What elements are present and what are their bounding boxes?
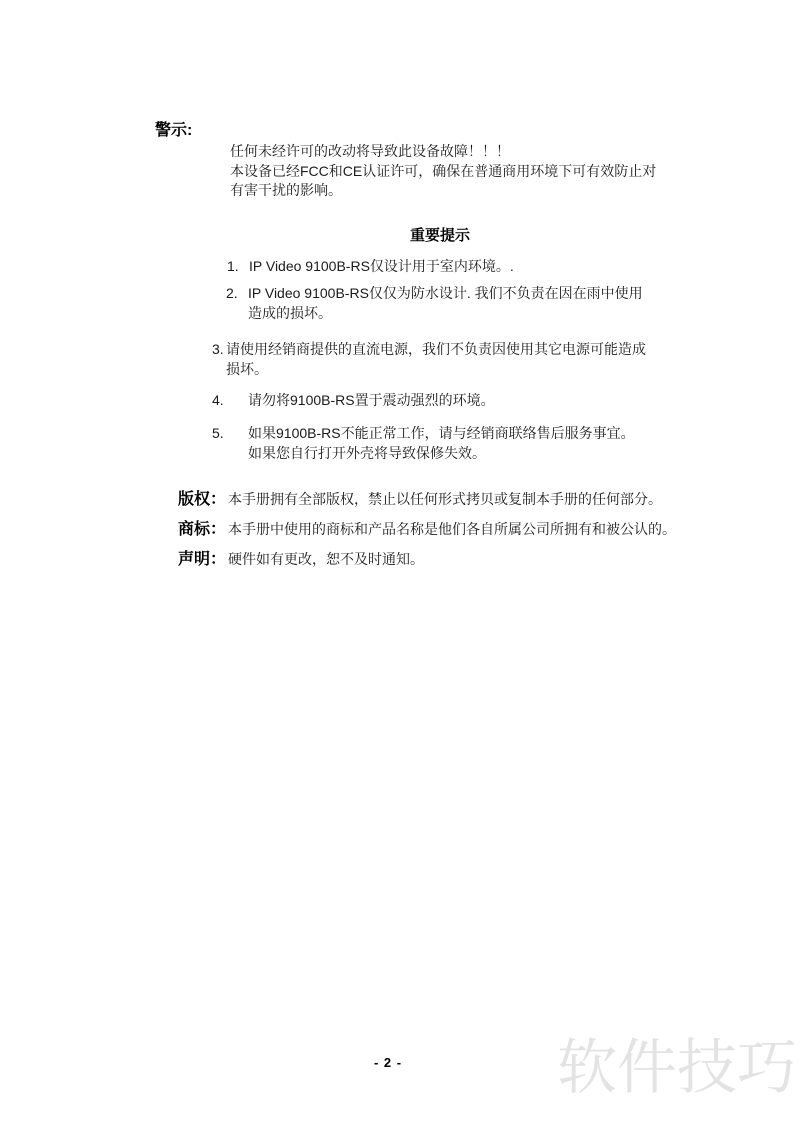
copyright-row: 版权： 本手册拥有全部版权，禁止以任何形式拷贝或复制本手册的任何部分。 — [178, 486, 688, 509]
notice-item-3: 3. 请使用经销商提供的直流电源，我们不负责因使用其它电源可能造成损坏。 — [212, 339, 648, 379]
copyright-text: 本手册拥有全部版权，禁止以任何形式拷贝或复制本手册的任何部分。 — [228, 490, 688, 509]
warning-line-1: 任何未经许可的改动将导致此设备故障！！！ — [230, 142, 666, 162]
notice-item-number: 4. — [212, 390, 248, 410]
notice-item-number: 3. — [212, 339, 226, 359]
statement-text: 硬件如有更改，恕不及时通知。 — [228, 550, 688, 569]
notice-item-text: 请使用经销商提供的直流电源，我们不负责因使用其它电源可能造成损坏。 — [226, 339, 648, 379]
notice-item-2: 2. IP Video 9100B-RS仅仅为防水设计. 我们不负责在因在雨中使… — [226, 283, 650, 323]
notice-item-number: 5. — [212, 423, 248, 443]
warning-line-2: 本设备已经FCC和CE认证许可，确保在普通商用环境下可有效防止对有害干扰的影响。 — [230, 162, 666, 201]
notice-item-text: IP Video 9100B-RS仅仅为防水设计. 我们不负责在因在雨中使用造成… — [248, 283, 650, 323]
notice-item-text: 如果9100B-RS不能正常工作，请与经销商联络售后服务事宜。如果您自行打开外壳… — [248, 423, 648, 463]
statement-label: 声明： — [178, 546, 228, 569]
statement-row: 声明： 硬件如有更改，恕不及时通知。 — [178, 546, 688, 569]
watermark-text: 软件技巧 — [557, 1032, 797, 1104]
notice-item-text: 请勿将9100B-RS置于震动强烈的环境。 — [248, 390, 658, 410]
warning-paragraph: 任何未经许可的改动将导致此设备故障！！！ 本设备已经FCC和CE认证许可，确保在… — [230, 142, 666, 201]
trademark-row: 商标： 本手册中使用的商标和产品名称是他们各自所属公司所拥有和被公认的。 — [178, 516, 688, 539]
notice-item-1: 1. IP Video 9100B-RS仅设计用于室内环境。. — [227, 256, 659, 276]
trademark-label: 商标： — [178, 516, 228, 539]
copyright-label: 版权： — [178, 486, 228, 509]
notice-item-4: 4. 请勿将9100B-RS置于震动强烈的环境。 — [212, 390, 658, 410]
trademark-text: 本手册中使用的商标和产品名称是他们各自所属公司所拥有和被公认的。 — [228, 520, 688, 539]
manual-page: 警示: 任何未经许可的改动将导致此设备故障！！！ 本设备已经FCC和CE认证许可… — [0, 0, 800, 1132]
notice-item-number: 1. — [227, 256, 249, 276]
page-number: - 2 - — [155, 1055, 621, 1070]
notice-title: 重要提示 — [230, 224, 650, 245]
notice-item-5: 5. 如果9100B-RS不能正常工作，请与经销商联络售后服务事宜。如果您自行打… — [212, 423, 648, 463]
notice-item-number: 2. — [226, 283, 248, 303]
notice-item-text: IP Video 9100B-RS仅设计用于室内环境。. — [249, 256, 659, 276]
warning-heading: 警示: — [155, 117, 192, 140]
